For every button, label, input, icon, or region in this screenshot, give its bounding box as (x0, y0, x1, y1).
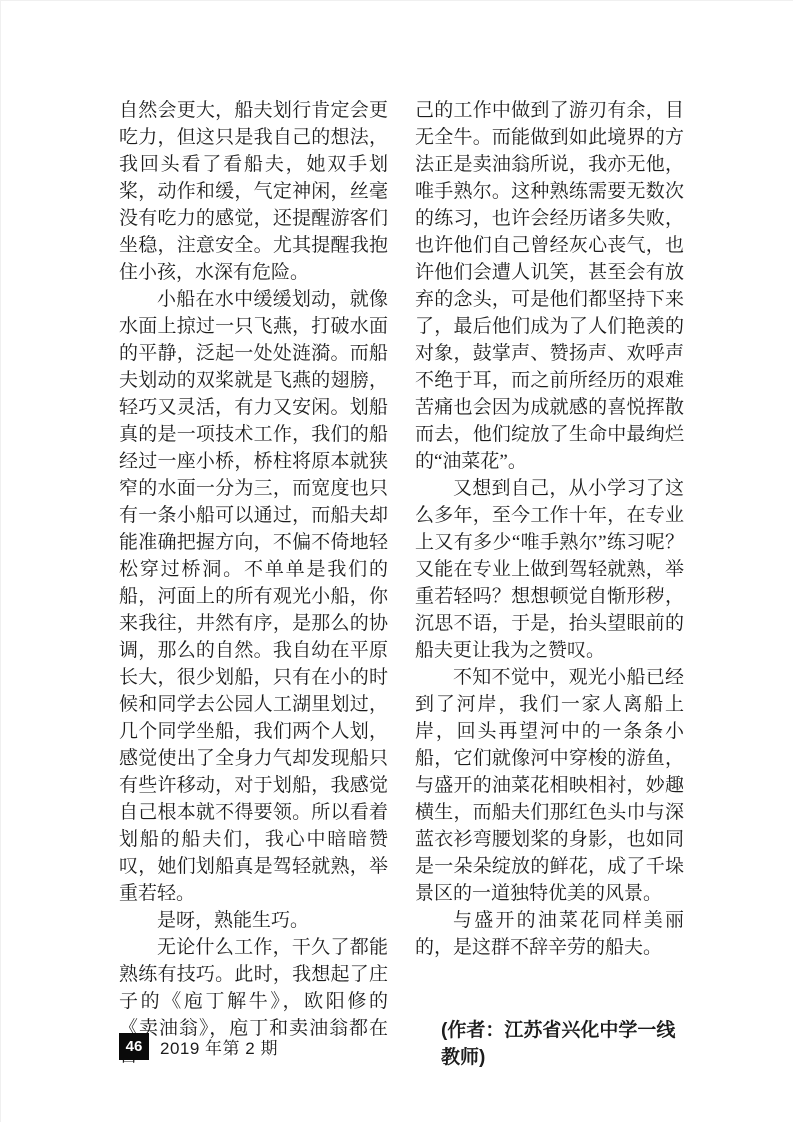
page-number-badge: 46 (119, 1033, 149, 1060)
paragraph: 自然会更大，船夫划行肯定会更吃力，但这只是我自己的想法，我回头看了看船夫，她双手… (119, 97, 388, 286)
paragraph: 是呀，熟能生巧。 (119, 907, 388, 934)
page-footer: 46 2019 年第 2 期 (119, 1033, 278, 1060)
magazine-page: 自然会更大，船夫划行肯定会更吃力，但这只是我自己的想法，我回头看了看船夫，她双手… (0, 0, 793, 1122)
paragraph: 又想到自己，从小学习了这么多年，至今工作十年，在专业上又有多少“唯手熟尔”练习呢… (415, 475, 684, 664)
paragraph: 不知不觉中，观光小船已经到了河岸，我们一家人离船上岸，回头再望河中的一条条小船，… (415, 664, 684, 907)
article-body: 自然会更大，船夫划行肯定会更吃力，但这只是我自己的想法，我回头看了看船夫，她双手… (119, 97, 684, 1071)
paragraph: 与盛开的油菜花同样美丽的，是这群不辞辛劳的船夫。 (415, 907, 684, 961)
paragraph: 己的工作中做到了游刃有余，目无全牛。而能做到如此境界的方法正是卖油翁所说，我亦无… (415, 97, 684, 475)
article-column-left: 自然会更大，船夫划行肯定会更吃力，但这只是我自己的想法，我回头看了看船夫，她双手… (119, 97, 388, 1071)
issue-label: 2019 年第 2 期 (160, 1034, 278, 1059)
paragraph: 小船在水中缓缓划动，就像水面上掠过一只飞燕，打破水面的平静，泛起一处处涟漪。而船… (119, 286, 388, 907)
article-column-right: 己的工作中做到了游刃有余，目无全牛。而能做到如此境界的方法正是卖油翁所说，我亦无… (415, 97, 684, 1071)
author-note: (作者：江苏省兴化中学一线教师) (441, 1017, 684, 1071)
